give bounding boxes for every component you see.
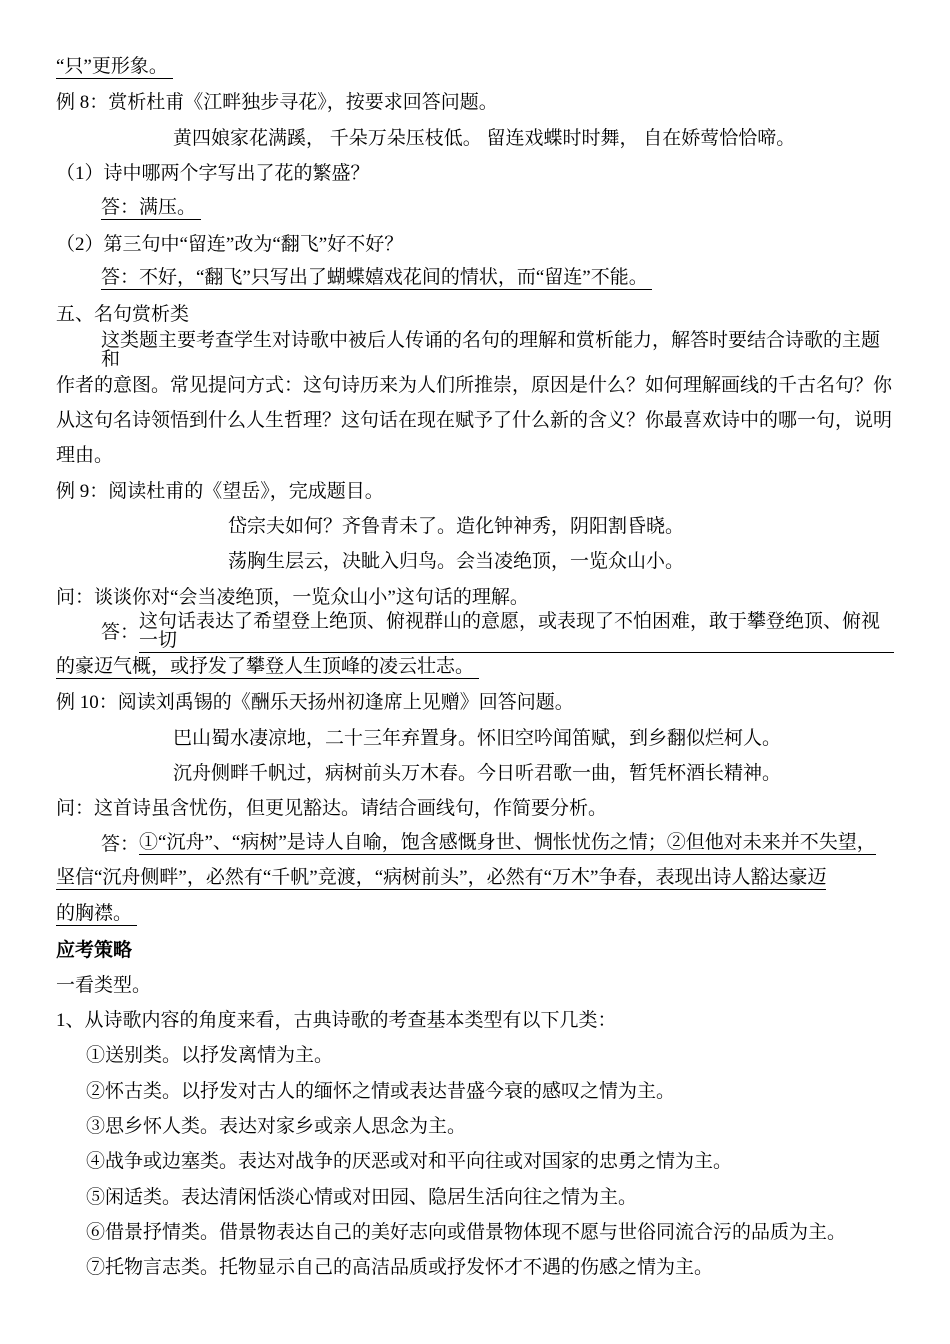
line-text: 荡胸生层云，决眦入归鸟。会当凌绝顶，一览众山小。 [228,552,684,571]
line-text: 例 9：阅读杜甫的《望岳》，完成题目。 [56,482,384,501]
underlined-text: 的豪迈气概，或抒发了攀登人生顶峰的凌云壮志。 [56,657,479,679]
text-line: 黄四娘家花满蹊， 千朵万朵压枝低。 留连戏蝶时时舞， 自在娇莺恰恰啼。 [56,121,894,156]
underlined-text: ①“沉舟”、“病树”是诗人自喻，饱含感慨身世、惆怅忧伤之情；②但他对未来并不失望… [139,833,876,855]
text-line: 荡胸生层云，决眦入归鸟。会当凌绝顶，一览众山小。 [56,544,894,579]
line-text: ④战争或边塞类。表达对战争的厌恶或对和平向往或对国家的忠勇之情为主。 [86,1152,732,1171]
text-line: “只”更形象。 [56,50,894,85]
document-page: “只”更形象。 例 8：赏析杜甫《江畔独步寻花》，按要求回答问题。黄四娘家花满蹊… [0,0,950,1344]
text-line: 应考策略 [56,932,894,967]
underlined-text: “只”更形象。 [56,57,173,79]
document-text-lines: “只”更形象。 例 8：赏析杜甫《江畔独步寻花》，按要求回答问题。黄四娘家花满蹊… [56,50,894,1285]
text-line: 答：①“沉舟”、“病树”是诗人自喻，饱含感慨身世、惆怅忧伤之情；②但他对未来并不… [56,827,894,862]
line-text: 一看类型。 [56,976,151,995]
text-line: 作者的意图。常见提问方式：这句诗历来为人们所推崇，原因是什么？如何理解画线的千古… [56,368,894,403]
line-text: 例 10：阅读刘禹锡的《酬乐天扬州初逢席上见赠》回答问题。 [56,693,574,712]
text-line: 例 9：阅读杜甫的《望岳》，完成题目。 [56,474,894,509]
line-text: 问：谈谈你对“会当凌绝顶，一览众山小”这句话的理解。 [56,588,529,607]
line-text: 沉舟侧畔千帆过，病树前头万木春。今日听君歌一曲，暂凭杯酒长精神。 [173,764,781,783]
text-line: 五、名句赏析类 [56,297,894,332]
line-text: 作者的意图。常见提问方式：这句诗历来为人们所推崇，原因是什么？如何理解画线的千古… [56,376,892,395]
text-line: 坚信“沉舟侧畔”，必然有“千帆”竞渡，“病树前头”，必然有“万木”争春，表现出诗… [56,862,894,897]
text-line: 答：这句话表达了希望登上绝顶、俯视群山的意愿，或表现了不怕困难，敢于攀登绝顶、俯… [56,615,894,650]
line-text: （2）第三句中“留连”改为“翻飞”好不好？ [56,235,403,254]
line-text: 这类题主要考查学生对诗歌中被后人传诵的名句的理解和赏析能力，解答时要结合诗歌的主… [101,331,894,369]
text-line: ①送别类。以抒发离情为主。 [56,1038,894,1073]
line-text: ⑥借景抒情类。借景物表达自己的美好志向或借景物体现不愿与世俗同流合污的品质为主。 [86,1223,846,1242]
text-line: 这类题主要考查学生对诗歌中被后人传诵的名句的理解和赏析能力，解答时要结合诗歌的主… [56,332,894,367]
text-line: ④战争或边塞类。表达对战争的厌恶或对和平向往或对国家的忠勇之情为主。 [56,1144,894,1179]
answer-label: 答： [101,623,139,642]
text-line: 例 10：阅读刘禹锡的《酬乐天扬州初逢席上见赠》回答问题。 [56,685,894,720]
underlined-text: 的胸襟。 [56,904,137,926]
line-text: ③思乡怀人类。表达对家乡或亲人思念为主。 [86,1117,466,1136]
line-text: 从这句名诗领悟到什么人生哲理？这句话在现在赋予了什么新的含义？你最喜欢诗中的哪一… [56,411,892,430]
line-text: 问：这首诗虽含忧伤，但更见豁达。请结合画线句，作简要分析。 [56,799,607,818]
text-line: 答：满压。 [56,191,894,226]
answer-label: 答： [101,835,139,854]
text-line: 的胸襟。 [56,897,894,932]
text-line: 问：谈谈你对“会当凌绝顶，一览众山小”这句话的理解。 [56,579,894,614]
line-text: ⑦托物言志类。托物显示自己的高洁品质或抒发怀才不遇的伤感之情为主。 [86,1258,713,1277]
text-line: 理由。 [56,438,894,473]
text-line: 从这句名诗领悟到什么人生哲理？这句话在现在赋予了什么新的含义？你最喜欢诗中的哪一… [56,403,894,438]
text-line: 例 8：赏析杜甫《江畔独步寻花》，按要求回答问题。 [56,85,894,120]
line-text: 黄四娘家花满蹊， 千朵万朵压枝低。 留连戏蝶时时舞， 自在娇莺恰恰啼。 [173,129,795,148]
underlined-text: 答：不好，“翻飞”只写出了蝴蝶嬉戏花间的情状，而“留连”不能。 [101,268,652,290]
line-text: 巴山蜀水凄凉地，二十三年弃置身。怀旧空吟闻笛赋，到乡翻似烂柯人。 [173,729,781,748]
text-line: 巴山蜀水凄凉地，二十三年弃置身。怀旧空吟闻笛赋，到乡翻似烂柯人。 [56,721,894,756]
text-line: 岱宗夫如何？齐鲁青未了。造化钟神秀，阴阳割昏晓。 [56,509,894,544]
line-text: 例 8：赏析杜甫《江畔独步寻花》，按要求回答问题。 [56,93,498,112]
text-line: ⑤闲适类。表达清闲恬淡心情或对田园、隐居生活向往之情为主。 [56,1180,894,1215]
text-line: 问：这首诗虽含忧伤，但更见豁达。请结合画线句，作简要分析。 [56,791,894,826]
underlined-text: 这句话表达了希望登上绝顶、俯视群山的意愿，或表现了不怕困难，敢于攀登绝顶、俯视一… [139,612,894,653]
line-text: 岱宗夫如何？齐鲁青未了。造化钟神秀，阴阳割昏晓。 [228,517,684,536]
text-line: ③思乡怀人类。表达对家乡或亲人思念为主。 [56,1109,894,1144]
line-text: ①送别类。以抒发离情为主。 [86,1046,333,1065]
line-text: ⑤闲适类。表达清闲恬淡心情或对田园、隐居生活向往之情为主。 [86,1188,637,1207]
text-line: 1、从诗歌内容的角度来看，古典诗歌的考查基本类型有以下几类： [56,1003,894,1038]
text-line: （2）第三句中“留连”改为“翻飞”好不好？ [56,226,894,261]
line-text: 应考策略 [56,941,132,960]
line-text: 五、名句赏析类 [56,305,189,324]
line-text: 理由。 [56,446,113,465]
line-text: ②怀古类。以抒发对古人的缅怀之情或表达昔盛今衰的感叹之情为主。 [86,1082,675,1101]
line-text: （1）诗中哪两个字写出了花的繁盛？ [56,164,370,183]
text-line: 一看类型。 [56,968,894,1003]
text-line: （1）诗中哪两个字写出了花的繁盛？ [56,156,894,191]
text-line: 沉舟侧畔千帆过，病树前头万木春。今日听君歌一曲，暂凭杯酒长精神。 [56,756,894,791]
underlined-text: 答：满压。 [101,198,201,220]
text-line: 答：不好，“翻飞”只写出了蝴蝶嬉戏花间的情状，而“留连”不能。 [56,262,894,297]
line-text: 1、从诗歌内容的角度来看，古典诗歌的考查基本类型有以下几类： [56,1011,617,1030]
text-line: ⑦托物言志类。托物显示自己的高洁品质或抒发怀才不遇的伤感之情为主。 [56,1250,894,1285]
underlined-text: 坚信“沉舟侧畔”，必然有“千帆”竞渡，“病树前头”，必然有“万木”争春，表现出诗… [56,868,826,890]
text-line: ②怀古类。以抒发对古人的缅怀之情或表达昔盛今衰的感叹之情为主。 [56,1074,894,1109]
text-line: ⑥借景抒情类。借景物表达自己的美好志向或借景物体现不愿与世俗同流合污的品质为主。 [56,1215,894,1250]
text-line: 的豪迈气概，或抒发了攀登人生顶峰的凌云壮志。 [56,650,894,685]
